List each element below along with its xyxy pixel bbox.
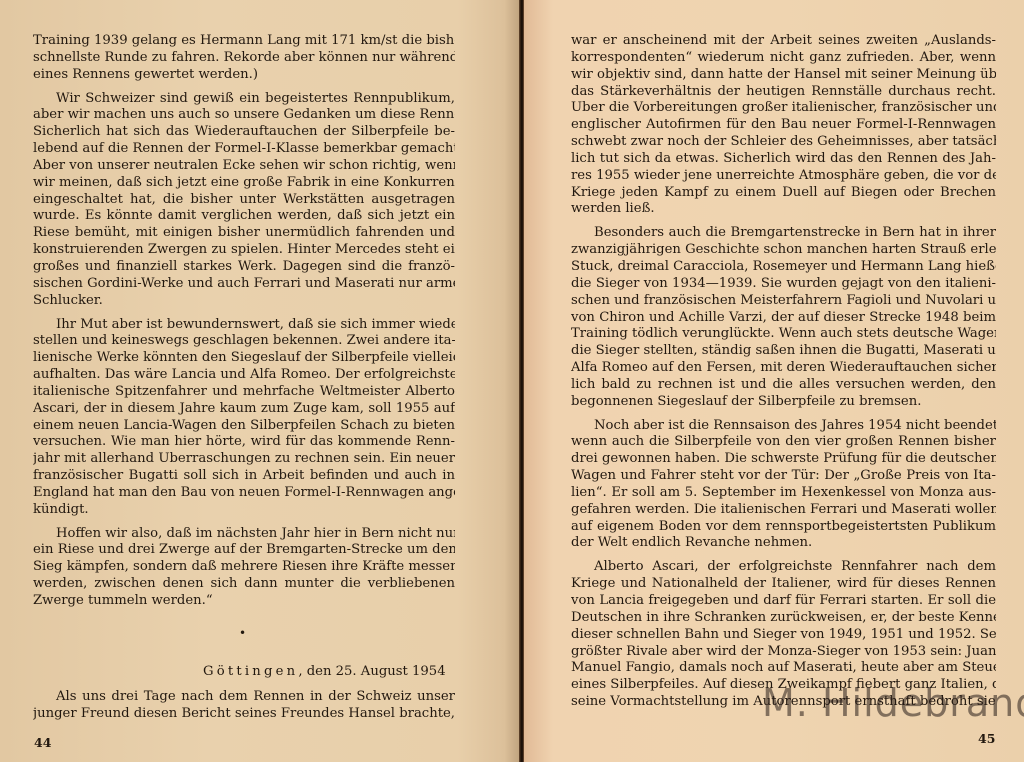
- text-line: lebend auf die Rennen der Formel-I-Klass…: [33, 141, 455, 158]
- text-line: Aber von unserer neutralen Ecke sehen wi…: [33, 158, 455, 175]
- text-line: korrespondenten“ wiederum nicht ganz zuf…: [571, 50, 996, 67]
- text-line: drei gewonnen haben. Die schwerste Prüfu…: [571, 451, 996, 468]
- paragraph: Hoffen wir also, daß im nächsten Jahr hi…: [33, 526, 455, 610]
- text-line: werden ließ.: [571, 201, 996, 218]
- text-line: englischer Autofirmen für den Bau neuer …: [571, 117, 996, 134]
- text-line: lich bald zu rechnen ist und die alles v…: [571, 377, 996, 394]
- text-line: italienische Spitzenfahrer und mehrfache…: [33, 384, 455, 401]
- paragraph: Alberto Ascari, der erfolgreichste Rennf…: [571, 559, 996, 711]
- text-line: war er anscheinend mit der Arbeit seines…: [571, 33, 996, 50]
- text-line: res 1955 wieder jene unerreichte Atmosph…: [571, 168, 996, 185]
- text-line: aufhalten. Das wäre Lancia und Alfa Rome…: [33, 367, 455, 384]
- text-line: zwanzigjährigen Geschichte schon manchen…: [571, 242, 996, 259]
- dateline-date: , den 25. August 1954: [298, 664, 445, 679]
- text-line: Sieg kämpfen, sondern daß mehrere Riesen…: [33, 559, 455, 576]
- text-line: einem neuen Lancia-Wagen den Silberpfeil…: [33, 418, 455, 435]
- text-line: Zwerge tummeln werden.“: [33, 593, 455, 610]
- text-line: begonnenen Siegeslauf der Silberpfeile z…: [571, 394, 996, 411]
- text-line: eines Rennens gewertet werden.): [33, 67, 455, 84]
- text-line: lienische Werke könnten den Siegeslauf d…: [33, 350, 455, 367]
- text-line: von Lancia freigegeben und darf für Ferr…: [571, 593, 996, 610]
- text-line: Wagen und Fahrer steht vor der Tür: Der …: [571, 468, 996, 485]
- text-line: aber wir machen uns auch so unsere Gedan…: [33, 107, 455, 124]
- text-line: Ihr Mut aber ist bewundernswert, daß sie…: [33, 317, 455, 334]
- text-line: größter Rivale aber wird der Monza-Siege…: [571, 644, 996, 661]
- page-number-left: 44: [34, 735, 51, 750]
- text-line: schnellste Runde zu fahren. Rekorde aber…: [33, 50, 455, 67]
- text-line: Besonders auch die Bremgartenstrecke in …: [571, 225, 996, 242]
- text-line: schwebt zwar noch der Schleier des Gehei…: [571, 134, 996, 151]
- paragraph: Als uns drei Tage nach dem Rennen in der…: [33, 689, 455, 723]
- page-number-right: 45: [978, 731, 995, 746]
- paragraph: Wir Schweizer sind gewiß ein begeisterte…: [33, 91, 455, 310]
- text-line: Manuel Fangio, damals noch auf Maserati,…: [571, 660, 996, 677]
- text-line: ein Riese und drei Zwerge auf der Bremga…: [33, 542, 455, 559]
- text-line: eingeschaltet hat, die bisher unter Werk…: [33, 192, 455, 209]
- text-line: Alfa Romeo auf den Fersen, mit deren Wie…: [571, 360, 996, 377]
- text-line: junger Freund diesen Bericht seines Freu…: [33, 706, 455, 723]
- text-line: gefahren werden. Die italienischen Ferra…: [571, 502, 996, 519]
- paragraph: Besonders auch die Bremgartenstrecke in …: [571, 225, 996, 410]
- text-line: werden, zwischen denen sich dann munter …: [33, 576, 455, 593]
- section-separator-dot: •: [238, 629, 247, 638]
- text-line: von Chiron und Achille Varzi, der auf di…: [571, 310, 996, 327]
- text-line: Alberto Ascari, der erfolgreichste Rennf…: [571, 559, 996, 576]
- text-line: Sicherlich hat sich das Wiederauftauchen…: [33, 124, 455, 141]
- text-line: versuchen. Wie man hier hörte, wird für …: [33, 434, 455, 451]
- text-line: der Welt endlich Revanche nehmen.: [571, 535, 996, 552]
- text-line: Wir Schweizer sind gewiß ein begeisterte…: [33, 91, 455, 108]
- text-line: wir meinen, daß sich jetzt eine große Fa…: [33, 175, 455, 192]
- text-line: Hoffen wir also, daß im nächsten Jahr hi…: [33, 526, 455, 543]
- book-spine-gutter: [519, 0, 524, 762]
- dateline-place: Göttingen: [203, 664, 298, 679]
- paragraph: war er anscheinend mit der Arbeit seines…: [571, 33, 996, 218]
- text-line: eines Silberpfeiles. Auf diesen Zweikamp…: [571, 677, 996, 694]
- text-line: konstruierenden Zwergen zu spielen. Hint…: [33, 242, 455, 259]
- left-page-closing-paragraph: Als uns drei Tage nach dem Rennen in der…: [33, 689, 455, 723]
- text-line: England hat man den Bau von neuen Formel…: [33, 485, 455, 502]
- text-line: die Sieger von 1934—1939. Sie wurden gej…: [571, 276, 996, 293]
- text-line: wenn auch die Silberpfeile von den vier …: [571, 434, 996, 451]
- text-line: dieser schnellen Bahn und Sieger von 194…: [571, 627, 996, 644]
- paragraph: Noch aber ist die Rennsaison des Jahres …: [571, 418, 996, 553]
- text-line: großes und finanziell starkes Werk. Dage…: [33, 259, 455, 276]
- text-line: die Sieger stellten, ständig saßen ihnen…: [571, 343, 996, 360]
- text-line: kündigt.: [33, 502, 455, 519]
- text-line: wir objektiv sind, dann hatte der Hansel…: [571, 67, 996, 84]
- text-line: jahr mit allerhand Überraschungen zu rec…: [33, 451, 455, 468]
- text-line: Deutschen in ihre Schranken zurückweisen…: [571, 610, 996, 627]
- text-line: Kriege jeden Kampf zu einem Duell auf Bi…: [571, 185, 996, 202]
- text-line: lich tut sich da etwas. Sicherlich wird …: [571, 151, 996, 168]
- text-line: Ascari, der in diesem Jahre kaum zum Zug…: [33, 401, 455, 418]
- text-line: das Stärkeverhältnis der heutigen Rennst…: [571, 84, 996, 101]
- text-line: Riese bemüht, mit einigen bisher unermüd…: [33, 225, 455, 242]
- right-page-body: war er anscheinend mit der Arbeit seines…: [571, 33, 996, 711]
- left-page-body: Training 1939 gelang es Hermann Lang mit…: [33, 33, 455, 610]
- text-line: Stuck, dreimal Caracciola, Rosemeyer und…: [571, 259, 996, 276]
- text-line: Über die Vorbereitungen großer italienis…: [571, 100, 996, 117]
- text-line: Training 1939 gelang es Hermann Lang mit…: [33, 33, 455, 50]
- text-line: stellen und keineswegs geschlagen bekenn…: [33, 333, 455, 350]
- text-line: Kriege und Nationalheld der Italiener, w…: [571, 576, 996, 593]
- text-line: schen und französischen Meisterfahrern F…: [571, 293, 996, 310]
- text-line: Als uns drei Tage nach dem Rennen in der…: [33, 689, 455, 706]
- text-line: Noch aber ist die Rennsaison des Jahres …: [571, 418, 996, 435]
- dateline: Göttingen, den 25. August 1954: [203, 664, 443, 681]
- text-line: französischer Bugatti soll sich in Arbei…: [33, 468, 455, 485]
- paragraph: Training 1939 gelang es Hermann Lang mit…: [33, 33, 455, 84]
- text-line: Training tödlich verunglückte. Wenn auch…: [571, 326, 996, 343]
- paragraph: Ihr Mut aber ist bewundernswert, daß sie…: [33, 317, 455, 519]
- text-line: sischen Gordini-Werke und auch Ferrari u…: [33, 276, 455, 293]
- text-line: seine Vormachtstellung im Autorennsport …: [571, 694, 996, 711]
- text-line: auf eigenem Boden vor dem rennsportbegei…: [571, 519, 996, 536]
- text-line: wurde. Es könnte damit verglichen werden…: [33, 208, 455, 225]
- text-line: Schlucker.: [33, 293, 455, 310]
- text-line: lien“. Er soll am 5. September im Hexenk…: [571, 485, 996, 502]
